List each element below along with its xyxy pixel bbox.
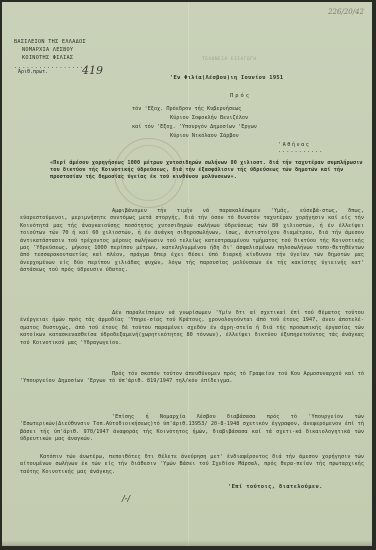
addressee-line: Κύριον Σοφοκλήν Βενιζέλον [170,115,248,121]
addressee-divider: ........... [278,148,323,154]
paragraph-text: 'Επίσης ή Νομαρχία Λέσβου διαβάσασα πρός… [20,414,364,442]
addressee-line: Κύριον Νικόλαον Σάρβον [170,133,239,139]
letterhead-prefecture: ΝΟΜΑΡΧΙΑ ΛΕΣΒΟΥ [14,46,88,54]
signature-mark: /-/ [122,494,130,503]
letterhead: ΒΑΣΙΛΕΙΟΝ ΤΗΣ ΕΛΛΑΔΟΣ ΝΟΜΑΡΧΙΑ ΛΕΣΒΟΥ ΚΟ… [14,38,88,71]
date-line: 'Εν Φιλία(Λέσβου)ιη Ιουνίου 1951 [170,75,283,81]
body-paragraph-1: Αμφιβάνομεν τήν τιμήν νά παρακαλέσωμεν '… [20,208,364,275]
protocol-number-handwritten: 419 [82,64,103,77]
addressee-line: τόν 'Εξοχ. Πρόεδρον τής Κυβερνήσεως [132,106,241,112]
letterhead-kingdom: ΒΑΣΙΛΕΙΟΝ ΤΗΣ ΕΛΛΑΔΟΣ [14,38,88,46]
paragraph-text: Δέν παραλείπομεν νά γνωρίσωμεν 'Υμίν δτι… [20,310,364,346]
closing-line: 'Επί τούτοις, διατελούμεν. [228,484,323,490]
body-paragraph-4: 'Επίσης ή Νομαρχία Λέσβου διαβάσασα πρός… [20,414,364,444]
archive-number: 226/20/42 [328,8,364,16]
paragraph-text: Αμφιβάνομεν τήν τιμήν νά παρακαλέσωμεν '… [20,208,364,273]
protocol-label: Άριθ.πρωτ. [18,69,48,75]
body-paragraph-5: Κατόπιν τών άνωτέρω, πεποιθότες δτι θέλε… [20,454,364,476]
document-page: 226/20/42 ΒΑΣΙΛΕΙΟΝ ΤΗΣ ΕΛΛΑΔΟΣ ΝΟΜΑΡΧΙΑ… [2,2,372,546]
faint-stamp-text: ΤΕΛΩΝΕΙΑ ΕΙΣΑΓΩΓΗ [202,57,257,62]
addressee-line: καί τόν 'Εξοχ. 'Υπουργόν Δημοσίων 'Εργων [132,124,257,130]
page-bottom-shadow [2,540,372,546]
body-paragraph-3: Πρός τόν σκοπόν τούτον άπευθύνομεν πρός … [20,371,364,386]
subject-line: «Περί άμέσου χορηγήσεως 1000 μέτρων χυτο… [50,160,370,182]
paragraph-text: Πρός τόν σκοπόν τούτον άπευθύνομεν πρός … [20,371,364,384]
letterhead-community: ΚΟΙΝΟΤΗΣ ΦΙΛΙΑΣ [14,54,88,62]
to-label: Πρός [230,93,251,99]
body-paragraph-2: Δέν παραλείπομεν νά γνωρίσωμεν 'Υμίν δτι… [20,310,364,347]
paragraph-text: Κατόπιν τών άνωτέρω, πεποιθότες δτι θέλε… [20,454,364,475]
